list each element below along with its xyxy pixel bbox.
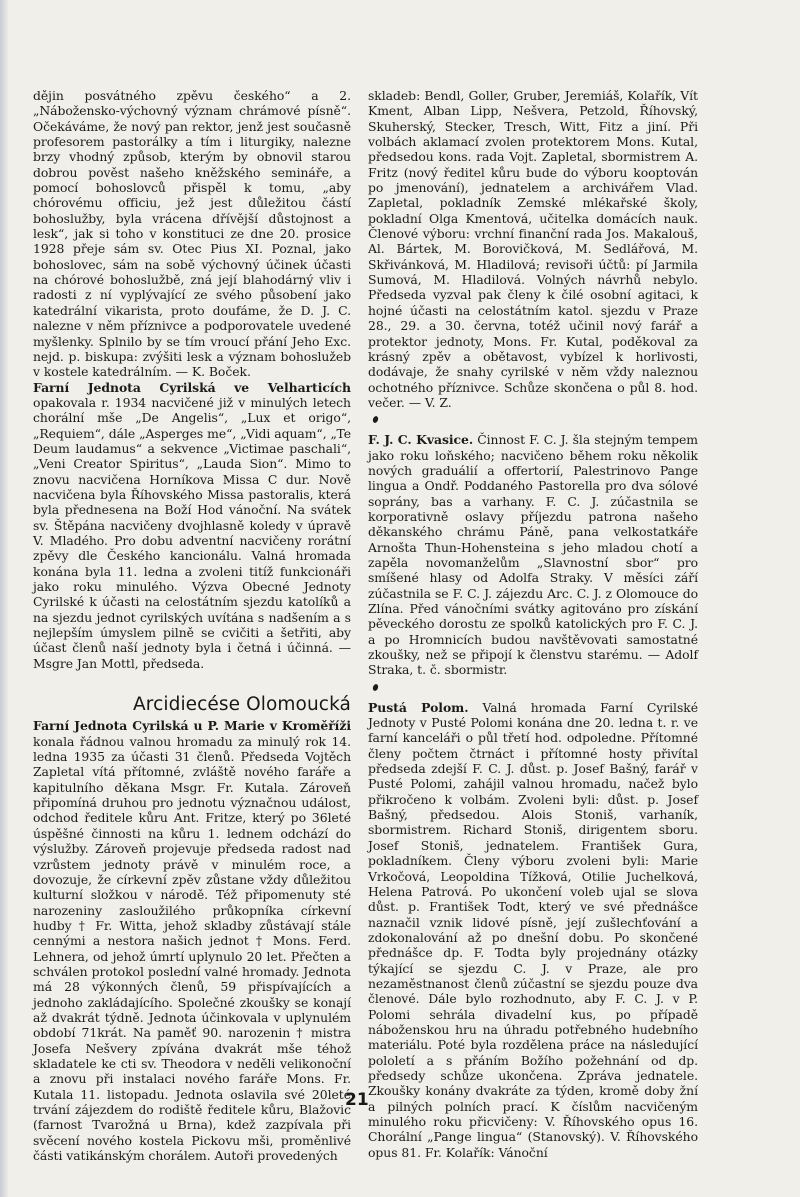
report-title: Pustá Polom. [368, 700, 469, 715]
report-body: opakovala r. 1934 nacvičené již v minulý… [33, 395, 351, 671]
section-heading: Arcidiecése Olomoucká [33, 697, 351, 712]
report-title: Farní Jednota Cyrilská u P. Marie v Krom… [33, 718, 351, 733]
report-bocek: dějin posvátného zpěvu českého“ a 2. „Ná… [33, 88, 351, 380]
report-title: Farní Jednota Cyrilská ve Velharticích [33, 380, 351, 395]
page-number: 21 [345, 1090, 369, 1110]
report-pusta-polom: Pustá Polom. Valná hromada Farní Cyrilsk… [368, 700, 698, 1160]
page-edge-shadow [0, 0, 8, 1197]
report-kromeriz: Farní Jednota Cyrilská u P. Marie v Krom… [33, 718, 351, 1163]
report-body: Činnost F. C. J. šla stejným tempem jako… [368, 432, 698, 677]
bullet-divider-icon [368, 678, 698, 700]
report-kvasice: F. J. C. Kvasice. Činnost F. C. J. šla s… [368, 432, 698, 678]
report-body: konala řádnou valnou hromadu za minulý r… [33, 734, 351, 1163]
report-body: Valná hromada Farní Cyrilské Jednoty v P… [368, 700, 698, 1160]
left-column: dějin posvátného zpěvu českého“ a 2. „Ná… [33, 88, 351, 1163]
right-column: skladeb: Bendl, Goller, Gruber, Jeremiáš… [368, 88, 698, 1160]
bullet-divider-icon [368, 410, 698, 432]
report-title: F. J. C. Kvasice. [368, 432, 473, 447]
report-kromeriz-continued: skladeb: Bendl, Goller, Gruber, Jeremiáš… [368, 88, 698, 410]
report-velhartice: Farní Jednota Cyrilská ve Velharticích o… [33, 380, 351, 672]
